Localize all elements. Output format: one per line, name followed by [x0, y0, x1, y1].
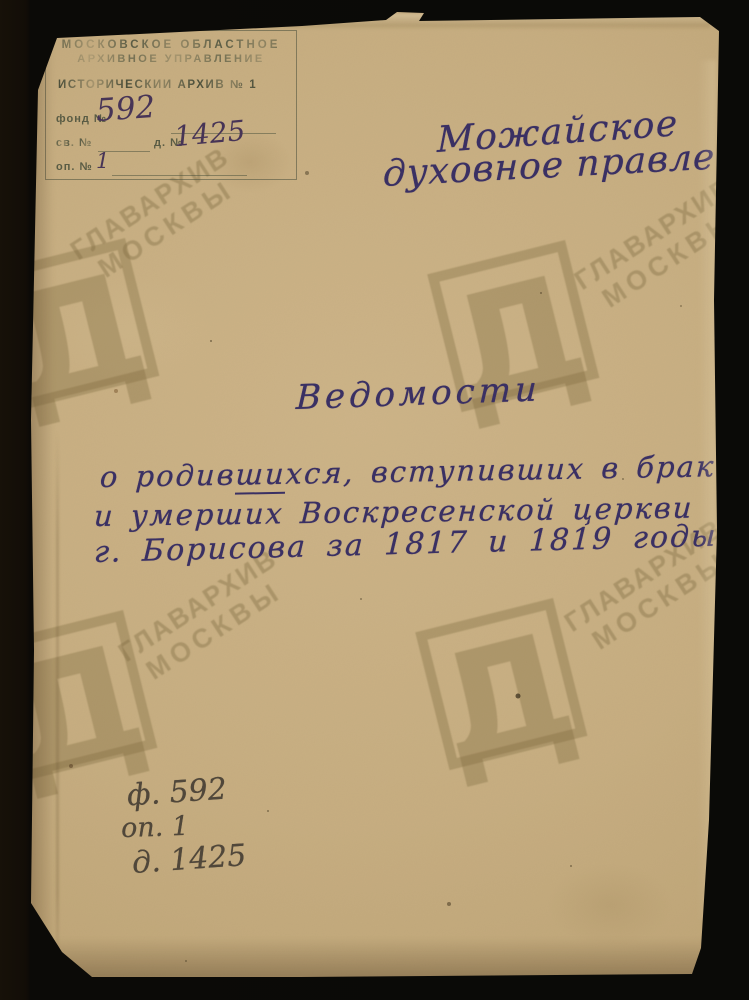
- stamp-fond-value: 592: [95, 89, 157, 129]
- paper-edge-shadow-bottom: [30, 938, 720, 980]
- watermark-text-line2: МОСКВЫ: [114, 558, 315, 703]
- title-line1-post: хся, вступивших в брак: [285, 449, 716, 491]
- stamp-rule: [112, 175, 247, 176]
- watermark-logo-icon: Д: [0, 240, 160, 450]
- title-line1-underlined: ши: [235, 457, 287, 495]
- archival-scan: ГЛАВАРХИВ МОСКВЫ ГЛАВАРХИВ МОСКВЫ ГЛАВАР…: [0, 0, 749, 1000]
- document-cover: ГЛАВАРХИВ МОСКВЫ ГЛАВАРХИВ МОСКВЫ ГЛАВАР…: [0, 0, 749, 1000]
- paper-edge-wear-right: [698, 60, 716, 920]
- title-line1-pre: о родив: [99, 458, 236, 494]
- stamp-op-label: оп. №: [56, 161, 93, 173]
- logo-frame: [0, 616, 151, 776]
- watermark-glavarhiv-text: ГЛАВАРХИВ МОСКВЫ: [553, 161, 749, 332]
- logo-frame: [0, 244, 153, 404]
- logo-frame: [421, 604, 581, 764]
- logo-letter: Д: [432, 242, 604, 443]
- ref-delo: д. 1425: [131, 838, 248, 881]
- ref-fond: ф. 592: [126, 772, 228, 814]
- paper-edge-shadow-left: [28, 28, 54, 958]
- watermark-logo-icon: Д: [430, 242, 600, 452]
- title-line1: о родившихся, вступивших в брак: [99, 449, 716, 494]
- ref-opis: оп. 1: [120, 811, 189, 844]
- stamp-sv-label: св. №: [56, 137, 92, 149]
- paper-edge-highlight-top: [40, 14, 710, 30]
- paper-specks: [210, 340, 212, 342]
- watermark-text-line2: МОСКВЫ: [570, 186, 749, 331]
- archive-stamp: МОСКОВСКОЕ ОБЛАСТНОЕ АРХИВНОЕ УПРАВЛЕНИЕ…: [45, 30, 297, 180]
- stamp-org-line2: АРХИВНОЕ УПРАВЛЕНИЕ: [46, 53, 296, 65]
- logo-letter: Д: [0, 240, 163, 441]
- stamp-org-line1: МОСКОВСКОЕ ОБЛАСТНОЕ: [46, 39, 296, 51]
- logo-letter: Д: [420, 600, 592, 801]
- stamp-archive-name: ИСТОРИЧЕСКИЙ АРХИВ № 1: [58, 79, 257, 91]
- crease-line: [56, 430, 59, 975]
- watermark-logo-icon: Д: [418, 600, 588, 810]
- stamp-delo-value: 1425: [173, 114, 247, 153]
- document-title: Ведомости: [295, 369, 541, 418]
- stamp-op-value: 1: [96, 149, 109, 173]
